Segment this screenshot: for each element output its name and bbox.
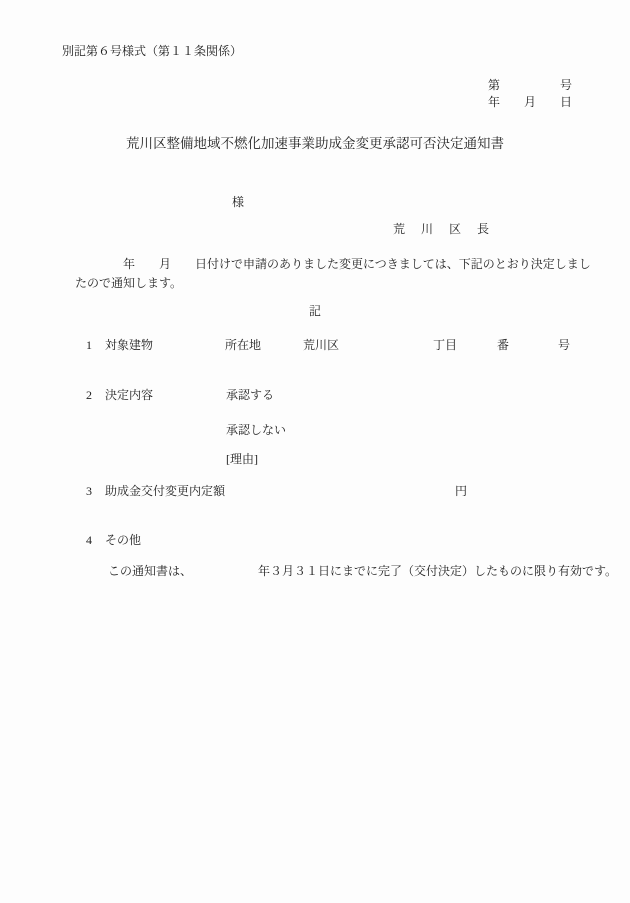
- form-number: 別記第６号様式（第１１条関係）: [62, 44, 242, 59]
- item-3-label: 助成金交付変更内定額: [105, 484, 225, 499]
- chome-label: 丁目: [433, 338, 457, 353]
- item-1-label: 対象建物: [105, 338, 153, 353]
- item-4-number: 4: [86, 533, 92, 548]
- section-marker: 記: [0, 304, 630, 319]
- item-2-label: 決定内容: [105, 388, 153, 403]
- item-2-number: 2: [86, 388, 92, 403]
- reason-label: [理由]: [226, 452, 258, 467]
- ward-name: 荒川区: [303, 338, 339, 353]
- addressee-suffix: 様: [232, 195, 244, 210]
- issue-date-line: 年 月 日: [488, 95, 572, 110]
- document-title: 荒川区整備地域不燃化加速事業助成金変更承認可否決定通知書: [0, 136, 630, 153]
- validity-note-prefix: この通知書は、: [108, 564, 192, 579]
- validity-note-body: 年３月３１日にまでに完了（交付決定）したものに限り有効です。: [258, 564, 617, 579]
- location-label: 所在地: [225, 338, 261, 353]
- yen-unit-label: 円: [455, 484, 467, 499]
- go-label: 号: [558, 338, 570, 353]
- body-paragraph-line2: たので通知します。: [75, 276, 182, 291]
- item-1-number: 1: [86, 338, 92, 353]
- sender-name: 荒 川 区 長: [393, 222, 491, 237]
- approve-option-label: 承認する: [226, 388, 274, 403]
- document-page: 別記第６号様式（第１１条関係） 第 号 年 月 日 荒川区整備地域不燃化加速事業…: [0, 0, 630, 903]
- body-paragraph-line1: 年 月 日付けで申請のありました変更につきましては、下記のとおり決定しまし: [75, 257, 591, 272]
- reject-option-label: 承認しない: [226, 423, 286, 438]
- doc-number-line: 第 号: [488, 78, 572, 93]
- ban-label: 番: [497, 338, 509, 353]
- item-4-label: その他: [105, 533, 141, 548]
- item-3-number: 3: [86, 484, 92, 499]
